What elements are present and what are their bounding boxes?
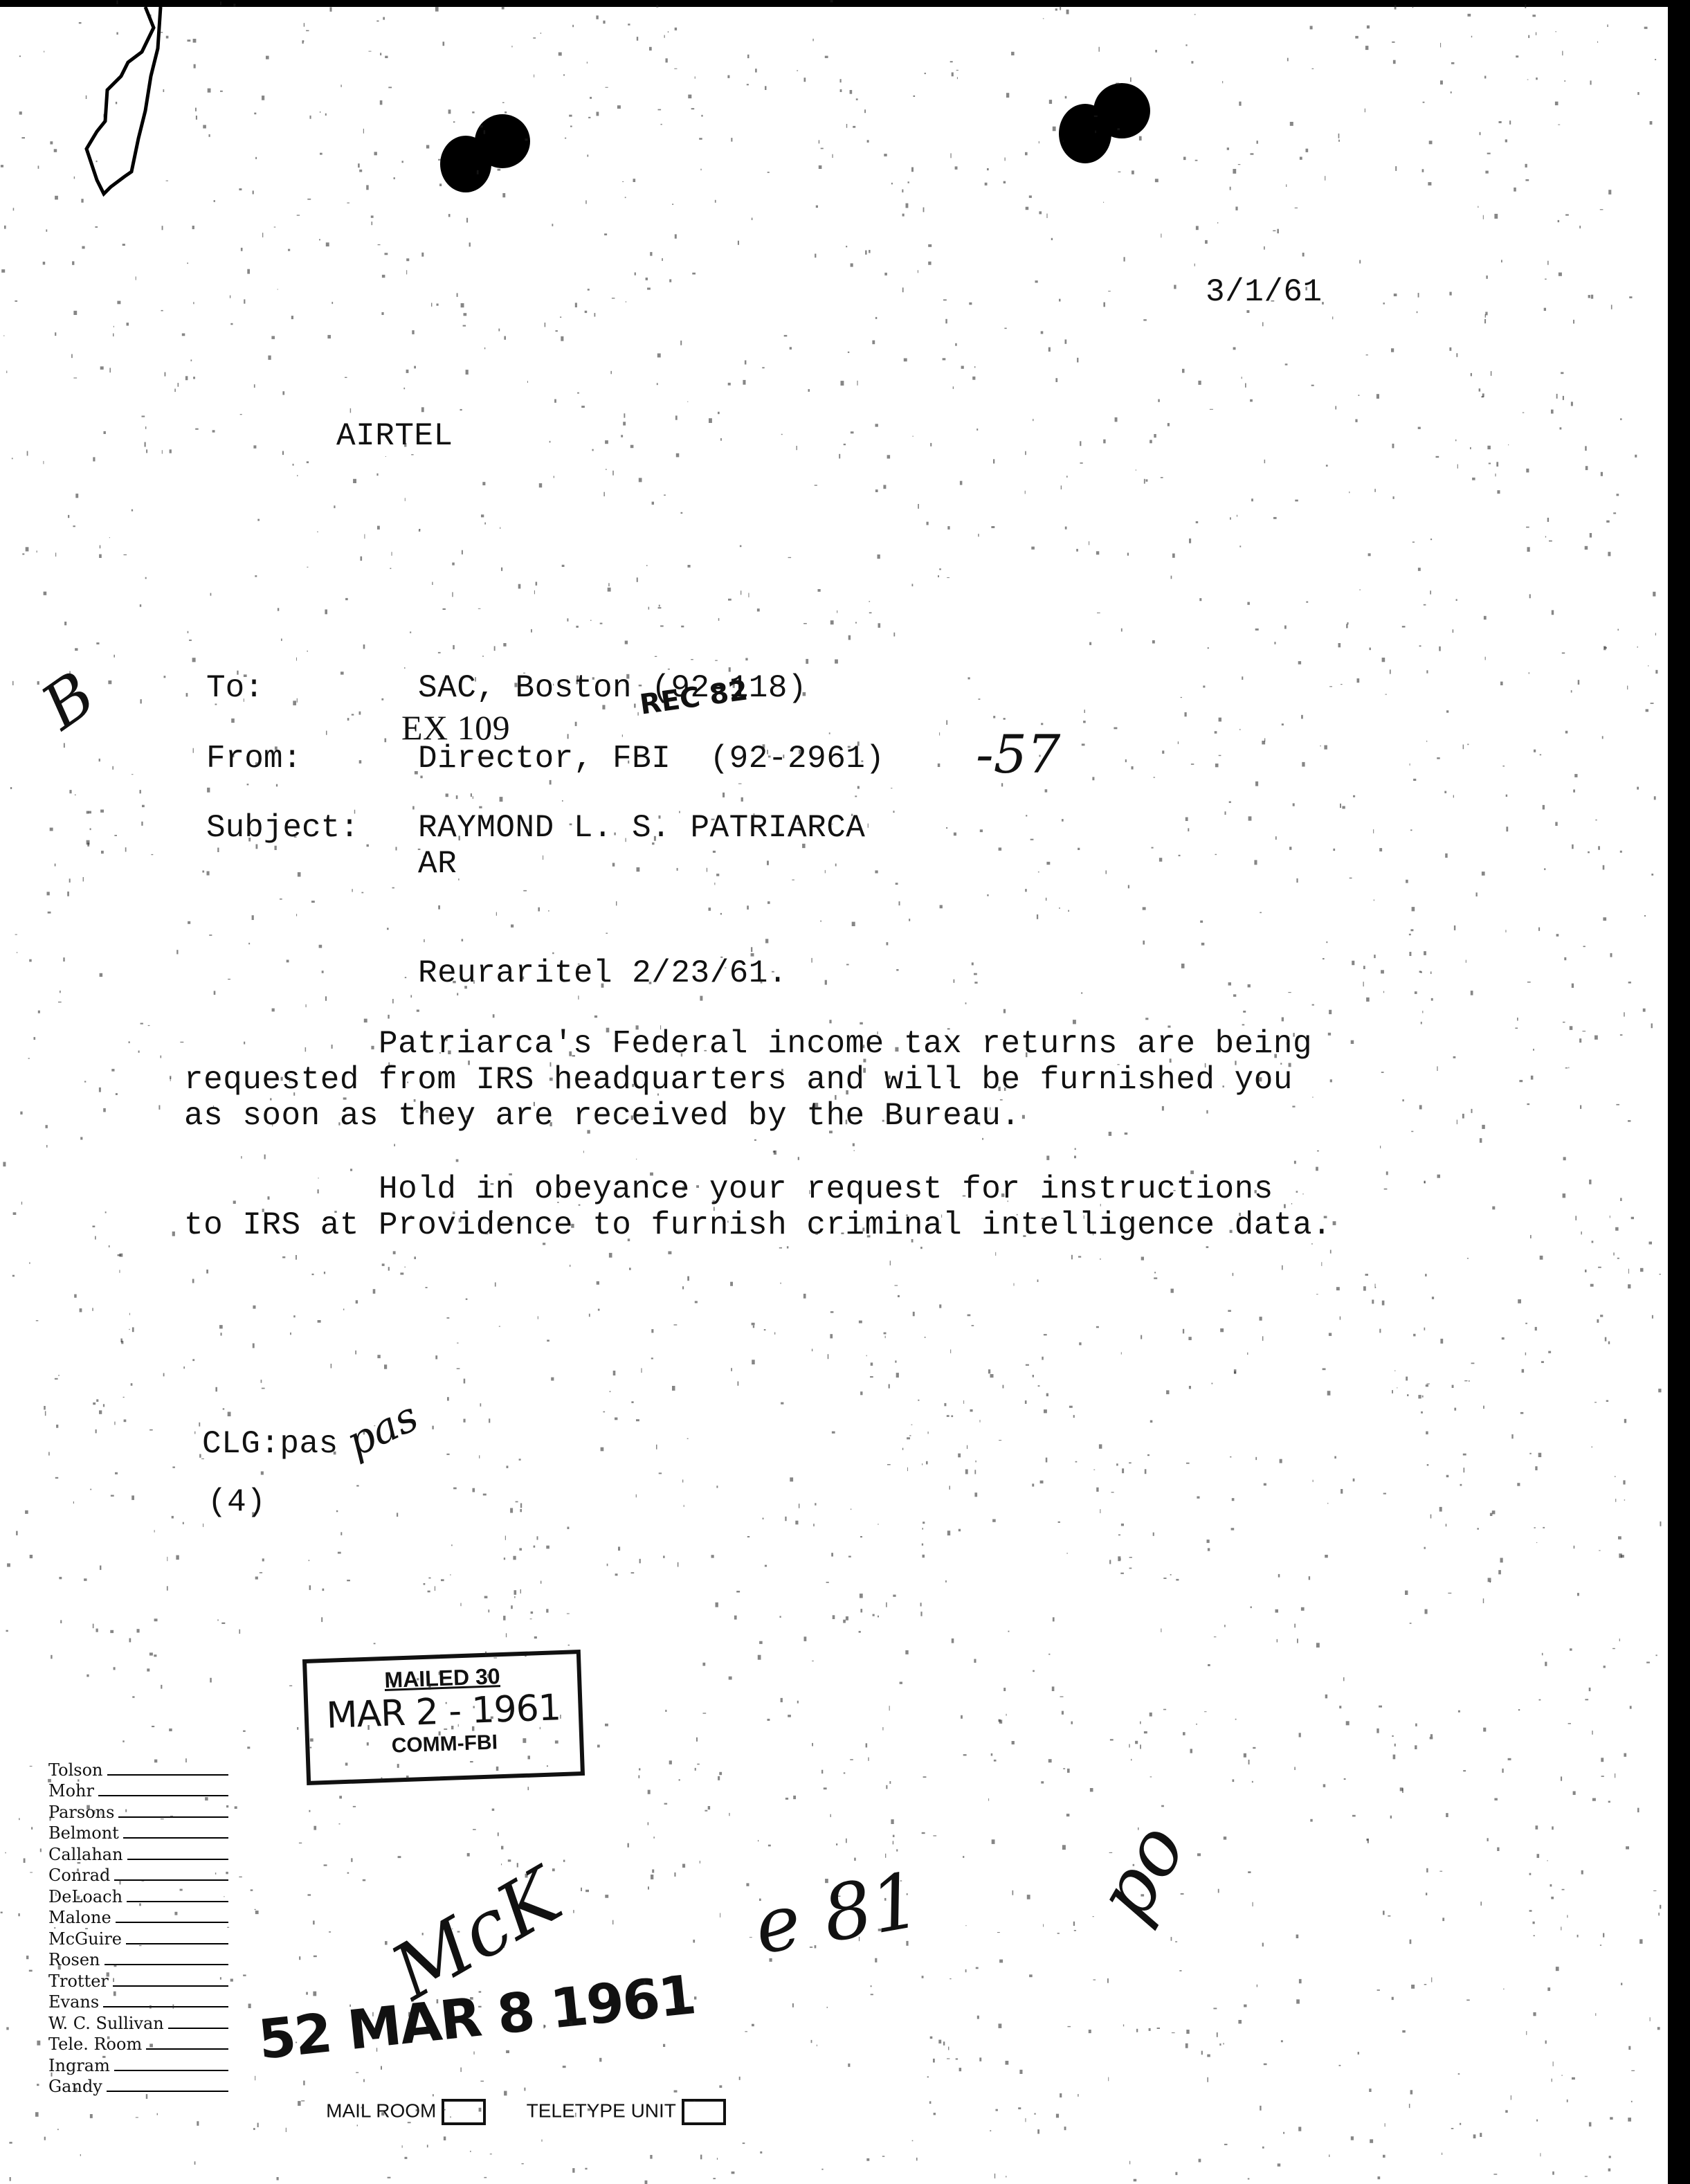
typist-initials: CLG:pas [202, 1426, 338, 1462]
document-type: AIRTEL [336, 418, 453, 454]
routing-row: Trotter [48, 1969, 228, 1991]
copies-count: (4) [208, 1484, 266, 1520]
from-label: From: [206, 741, 302, 777]
routing-row: Belmont [48, 1822, 228, 1843]
subject-label: Subject: [206, 810, 359, 846]
paragraph-1-line-3: as soon as they are received by the Bure… [184, 1098, 1021, 1134]
paragraph-2-line-2: to IRS at Providence to furnish criminal… [184, 1207, 1332, 1243]
routing-row: Ingram [48, 2054, 228, 2075]
routing-row: Conrad [48, 1864, 228, 1886]
paragraph-2-line-1: Hold in obeyance your request for instru… [184, 1171, 1273, 1207]
routing-row: Malone [48, 1906, 228, 1928]
routing-row: Tolson [48, 1758, 228, 1780]
punch-hole-left-b [440, 136, 491, 192]
mail-room-field: MAIL ROOM [305, 2077, 486, 2147]
teletype-unit-checkbox [682, 2099, 726, 2125]
typist-initials-handwritten: pas [339, 1392, 426, 1467]
paragraph-1-line-1: Patriarca's Federal income tax returns a… [184, 1026, 1312, 1062]
to-label: To: [206, 670, 264, 706]
routing-row: Mohr [48, 1780, 228, 1801]
mail-room-checkbox [442, 2099, 486, 2125]
from-value: Director, FBI (92-2961) [418, 741, 885, 777]
mailed-stamp: MAILED 30 MAR 2 - 1961 COMM-FBI [302, 1650, 585, 1785]
paragraph-1-line-2: requested from IRS headquarters and will… [184, 1062, 1293, 1098]
routing-list: Tolson Mohr Parsons Belmont Callahan Con… [48, 1758, 228, 2096]
subject-value-2: AR [418, 846, 457, 882]
routing-row: Evans [48, 1991, 228, 2012]
routing-row: McGuire [48, 1927, 228, 1949]
document-date: 3/1/61 [1206, 274, 1323, 310]
routing-row: Tele. Room [48, 2033, 228, 2055]
teletype-unit-field: TELETYPE UNIT [505, 2077, 726, 2147]
teletype-unit-label: TELETYPE UNIT [527, 2100, 676, 2121]
routing-row: DeLoach [48, 1885, 228, 1906]
routing-row: Gandy [48, 2075, 228, 2097]
routing-row: Rosen [48, 1949, 228, 1970]
subject-value: RAYMOND L. S. PATRIARCA [418, 810, 865, 846]
serial-number-handwritten: -57 [976, 723, 1060, 785]
document-page: 3/1/61 AIRTEL To: SAC, Boston (92-118) R… [0, 0, 1690, 2184]
routing-row: W. C. Sullivan [48, 2012, 228, 2033]
routing-row: Parsons [48, 1801, 228, 1822]
mail-room-label: MAIL ROOM [326, 2100, 436, 2121]
punch-hole-right-b [1059, 104, 1111, 163]
routing-row: Callahan [48, 1843, 228, 1864]
scan-top-border [0, 0, 1690, 7]
scan-right-border [1668, 0, 1690, 2184]
margin-initials-handwritten: B [29, 658, 108, 744]
note-handwritten: e 81 [748, 1855, 927, 1971]
reference-line: Reuraritel 2/23/61. [418, 955, 788, 991]
right-mark-handwritten: po [1079, 1809, 1203, 1935]
